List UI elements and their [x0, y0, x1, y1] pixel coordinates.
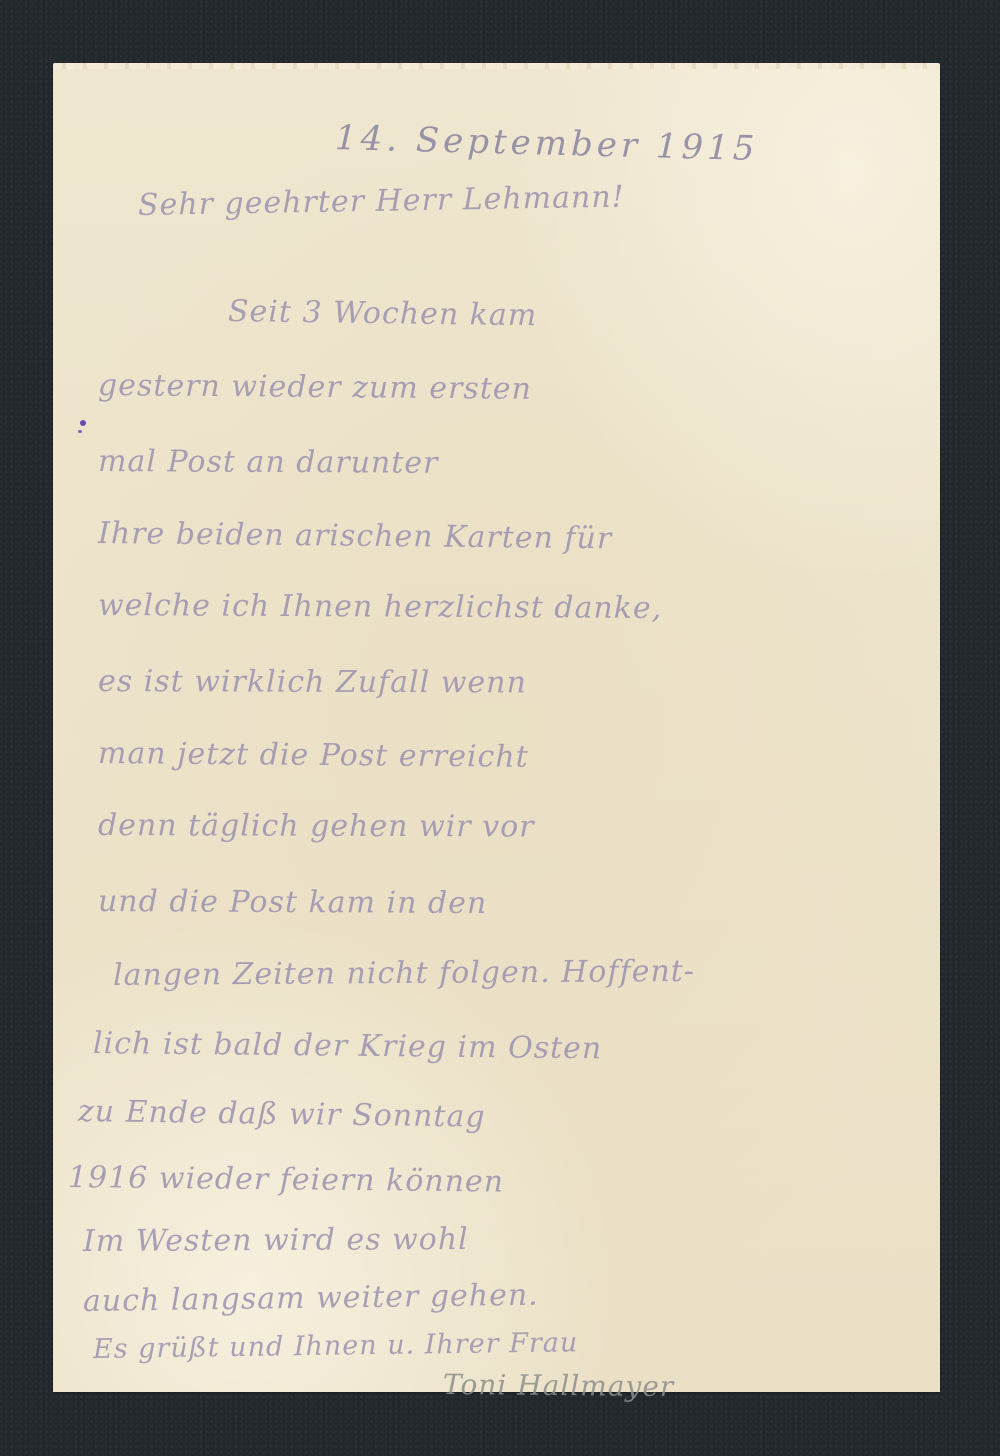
letter-line: lich ist bald der Krieg im Osten	[93, 1026, 603, 1066]
letter-line: auch langsam weiter gehen.	[83, 1278, 539, 1319]
letter-date: 14. September 1915	[334, 118, 758, 169]
ink-dot-mark	[80, 420, 86, 426]
letter-line: Im Westen wird es wohl	[83, 1222, 469, 1259]
letter-line: und die Post kam in den	[98, 884, 487, 921]
ink-dot-mark	[78, 430, 82, 433]
letter-line: welche ich Ihnen herzlichst danke,	[98, 588, 662, 626]
letter-line: gestern wieder zum ersten	[98, 368, 532, 407]
letter-line: Seit 3 Wochen kam	[228, 294, 538, 333]
postcard: 14. September 1915 Sehr geehrter Herr Le…	[53, 66, 940, 1392]
letter-line: 1916 wieder feiern können	[68, 1160, 504, 1200]
letter-greeting: Sehr geehrter Herr Lehmann!	[138, 180, 625, 223]
letter-line: zu Ende daß wir Sonntag	[78, 1094, 486, 1135]
letter-line: mal Post an darunter	[98, 444, 439, 481]
letter-line: langen Zeiten nicht folgen. Hoffent-	[113, 954, 695, 993]
letter-signature: Toni Hallmayer	[443, 1368, 675, 1403]
letter-line: es ist wirklich Zufall wenn	[98, 664, 527, 700]
letter-line: man jetzt die Post erreicht	[98, 736, 529, 775]
letter-line: Ihre beiden arischen Karten für	[98, 516, 613, 556]
letter-line: Es grüßt und Ihnen u. Ihrer Frau	[93, 1327, 579, 1365]
letter-line: denn täglich gehen wir vor	[98, 808, 535, 845]
